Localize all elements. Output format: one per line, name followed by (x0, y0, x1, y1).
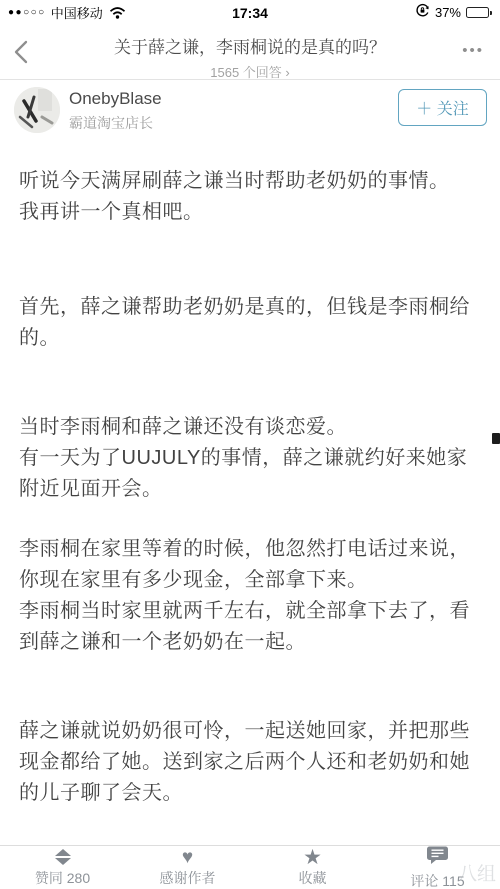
answer-paragraph: 薛之谦就说奶奶很可怜，一起送她回家，并把那些 现金都给了她。送到家之后两个人还和… (19, 716, 481, 809)
author-row: OnebyBlase 霸道淘宝店长 ＋ 关注 (0, 80, 500, 140)
back-button[interactable] (14, 40, 30, 66)
answer-paragraph: 首先，薛之谦帮助老奶奶是真的，但钱是李雨桐给 的。 (19, 292, 481, 354)
answer-page: ●●○○○ 中国移动 17:34 37% (0, 0, 500, 889)
carrier-label: 中国移动 (51, 3, 103, 22)
clock-label: 17:34 (232, 5, 268, 21)
answer-paragraph: 当时李雨桐和薛之谦还没有谈恋爱。 有一天为了UUJULY的事情，薛之谦就约好来她… (19, 412, 481, 505)
answer-body: 听说今天满屏刷薛之谦当时帮助老奶奶的事情。 我再讲一个真相吧。 首先，薛之谦帮助… (0, 140, 500, 809)
star-icon: ★ (303, 850, 322, 866)
nav-bar: 关于薛之谦，李雨桐说的是真的吗？ 1565 个回答 › ••• (0, 25, 500, 80)
wifi-icon (109, 7, 126, 19)
chevron-left-icon (14, 40, 28, 64)
upvote-downvote-icon (55, 849, 71, 866)
answer-paragraph: 李雨桐在家里等着的时候，他忽然打电话过来说， 你现在家里有多少现金，全部拿下来。… (19, 534, 481, 658)
more-button[interactable]: ••• (462, 42, 484, 59)
upvote-button[interactable]: 赞同 280 (0, 846, 125, 889)
battery-percent-label: 37% (435, 5, 461, 20)
answer-count-link[interactable]: 1565 个回答 › (0, 62, 500, 81)
thank-author-button[interactable]: ♥ 感谢作者 (125, 846, 250, 889)
action-bar: 赞同 280 ♥ 感谢作者 ★ 收藏 评论 115 八组 (0, 845, 500, 889)
thank-label: 感谢作者 (160, 868, 216, 888)
comment-button[interactable]: 评论 115 (375, 846, 500, 889)
favorite-label: 收藏 (299, 868, 327, 888)
favorite-button[interactable]: ★ 收藏 (250, 846, 375, 889)
comment-label: 评论 115 (410, 871, 464, 889)
follow-button[interactable]: ＋ 关注 (398, 89, 487, 126)
avatar[interactable] (14, 87, 60, 133)
battery-icon (466, 7, 492, 18)
rotation-lock-icon (415, 3, 430, 23)
question-title: 关于薛之谦，李雨桐说的是真的吗？ (0, 33, 500, 58)
upvote-label: 赞同 280 (35, 868, 90, 888)
status-bar: ●●○○○ 中国移动 17:34 37% (0, 0, 500, 25)
dark-edge-artifact (492, 433, 500, 444)
comment-icon (426, 846, 449, 869)
signal-strength-icon: ●●○○○ (8, 7, 46, 18)
author-name[interactable]: OnebyBlase (69, 89, 162, 109)
author-bio: 霸道淘宝店长 (69, 113, 153, 133)
answer-paragraph: 听说今天满屏刷薛之谦当时帮助老奶奶的事情。 我再讲一个真相吧。 (19, 166, 481, 228)
heart-icon: ♥ (182, 850, 193, 866)
